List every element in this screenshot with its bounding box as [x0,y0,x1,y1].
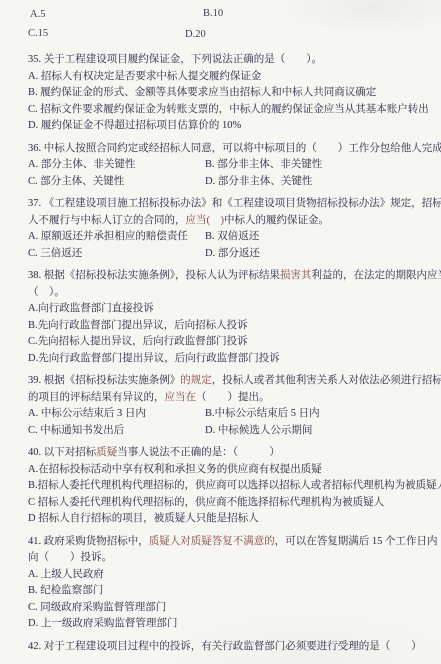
option-right: D. 部分非主体、关键性 [205,174,312,191]
question-text: 37. 《工程建设项目施工招标投标办法》和《工程建设项目货物招标投标办法》规定，… [28,198,441,209]
question-line: D. 履约保证金不得超过招标项目估算价的 10% [28,118,439,135]
question-text: ，可以在答复期满后 15 个工作日内 [275,536,438,547]
option-a5: A.5 [30,9,45,20]
question-37: 37. 《工程建设项目施工招标投标办法》和《工程建设项目货物招标投标办法》规定，… [28,196,439,262]
question-text: D. 上一级政府采购监督管理部门 [28,618,177,629]
question-42: 42. 对于工程建设项目过程中的投诉，有关行政监督部门必须要进行受理的是（ ） [28,639,439,656]
question-line: 40. 以下对招标质疑当事人说法不正确的是：（ ） [28,445,439,462]
option-right: D. 部分返还 [205,246,260,263]
question-text: 39. 根据《招标投标法实施条例》 [28,375,180,386]
question-line: C. 招标文件要求履约保证金为转账支票的，中标人的履约保证金应当从其基本账户转出 [28,102,439,119]
question-text: 当事人说法不正确的是：（ ） [117,447,280,458]
question-line: B. 履约保证金的形式、金额等具体要求应当由招标人和中标人共同商议确定 [28,85,439,102]
question-35: 35. 关于工程建设项目履约保证金，下列说法正确的是（ ）。A. 招标人有权决定… [28,52,439,135]
question-text: A. 上级人民政府 [28,569,104,580]
red-marked-text: 应当在 [165,392,197,403]
question-text: ，投标人或者其他利害关系人对依法必须进行招标 [212,375,441,386]
red-marked-text: 质疑 [96,447,117,458]
question-text: B. 双倍返还 [205,231,259,242]
question-line: C. 同级政府采购监督管理部门 [28,600,439,617]
question-text: D.先向行政监督部门提出异议，后向行政监督部门投诉 [28,353,280,364]
question-line: 的项目的评标结果有异议的，应当在（ ）提出。 [28,390,439,407]
option-left: C. 三倍返还 [28,246,205,263]
question-text: A. 招标人有权决定是否要求中标人提交履约保证金 [28,71,261,82]
question-line: 41. 政府采购货物招标中，质疑人对质疑答复不满意的，可以在答复期满后 15 个… [28,534,439,551]
question-line: B. 纪检监察部门 [28,583,439,600]
question-line: A. 部分主体、非关键性B. 部分非主体、非关键性 [28,157,439,174]
question-line: A. 上级人民政府 [28,567,439,584]
question-text: D 招标人自行招标的项目，被质疑人只能是招标人 [28,513,259,524]
option-right: B. 双倍返还 [205,229,259,246]
question-41: 41. 政府采购货物招标中，质疑人对质疑答复不满意的，可以在答复期满后 15 个… [28,534,439,633]
question-text: C. 中标通知书发出后 [28,425,124,436]
question-text: D. 部分非主体、关键性 [205,176,312,187]
question-text: B.招标人委托代理机构代理招标的，供应商可以选择以招标人或者招标代理机构为被质疑… [28,480,441,491]
question-text: B. 部分非主体、非关键性 [205,159,322,170]
question-text: C. 部分主体、关键性 [28,176,124,187]
question-text: C. 三倍返还 [28,248,82,259]
red-marked-text: 的规定 [180,375,212,386]
question-line: C. 三倍返还D. 部分返还 [28,246,439,263]
question-line: （ ）。 [28,285,439,302]
red-marked-text: 质疑人对质疑答复不满意的 [149,536,275,547]
option-right: D. 中标候选人公示期间 [205,423,312,440]
question-text: A. 原额返还并承担相应的赔偿责任 [28,231,188,242]
question-line: B.先向行政监督部门提出异议，后向招标人投诉 [28,318,439,335]
question-40: 40. 以下对招标质疑当事人说法不正确的是：（ ）A.在招标投标活动中享有权利和… [28,445,439,528]
question-line: 向（ ）投诉。 [28,550,439,567]
option-d20: D.20 [185,29,206,40]
question-line: D. 上一级政府采购监督管理部门 [28,616,439,633]
question-text: 35. 关于工程建设项目履约保证金，下列说法正确的是（ ）。 [28,54,322,65]
question-line: A.向行政监督部门直接投诉 [28,301,439,318]
question-text: C.先向招标人提出异议，后向行政监督部门投诉 [28,336,248,347]
option-right: B. 部分非主体、非关键性 [205,157,322,174]
question-39: 39. 根据《招标投标法实施条例》的规定，投标人或者其他利害关系人对依法必须进行… [28,373,439,439]
option-c15: C.15 [28,28,48,39]
question-line: A.在招标投标活动中享有权利和承担义务的供应商有权提出质疑 [28,462,439,479]
question-line: B.招标人委托代理机构代理招标的，供应商可以选择以招标人或者招标代理机构为被质疑… [28,478,439,495]
question-text: 向（ ）投诉。 [28,552,112,563]
option-left: C. 中标通知书发出后 [28,423,205,440]
question-36: 36. 中标人按照合同约定或经招标人同意，可以将中标项目的（ ）工作分包给他人完… [28,141,439,191]
option-left: A. 部分主体、非关键性 [28,157,205,174]
question-line: D 招标人自行招标的项目，被质疑人只能是招标人 [28,511,439,528]
option-right: B.中标公示结束后 5 日内 [205,406,320,423]
question-text: 40. 以下对招标 [28,447,96,458]
question-line: 37. 《工程建设项目施工招标投标办法》和《工程建设项目货物招标投标办法》规定，… [28,196,439,213]
option-left: C. 部分主体、关键性 [28,174,205,191]
question-text: A.向行政监督部门直接投诉 [28,303,154,314]
option-left: A. 中标公示结束后 3 日内 [28,406,205,423]
question-text: B.中标公示结束后 5 日内 [205,408,320,419]
question-line: C. 部分主体、关键性D. 部分非主体、关键性 [28,174,439,191]
question-text: B.先向行政监督部门提出异议，后向招标人投诉 [28,320,248,331]
previous-question-options: A.5 B.10 C.15 D.20 [0,0,441,52]
question-text: A. 部分主体、非关键性 [28,159,135,170]
question-text: 的项目的评标结果有异议的， [28,392,165,403]
question-text: A.在招标投标活动中享有权利和承担义务的供应商有权提出质疑 [28,464,322,475]
question-text: C. 同级政府采购监督管理部门 [28,602,166,613]
question-line: 36. 中标人按照合同约定或经招标人同意，可以将中标项目的（ ）工作分包给他人完… [28,141,439,158]
question-text: 42. 对于工程建设项目过程中的投诉，有关行政监督部门必须要进行受理的是（ ） [28,641,422,652]
question-text: D. 部分返还 [205,248,260,259]
question-line: 42. 对于工程建设项目过程中的投诉，有关行政监督部门必须要进行受理的是（ ） [28,639,439,656]
red-marked-text: 应当( ) [186,215,225,226]
question-text: C. 招标文件要求履约保证金为转账支票的，中标人的履约保证金应当从其基本账户转出 [28,104,429,115]
question-line: 39. 根据《招标投标法实施条例》的规定，投标人或者其他利害关系人对依法必须进行… [28,373,439,390]
red-marked-text: 损害其 [280,270,312,281]
question-text: 利益的，在法定的期限内应当 [312,270,441,281]
question-line: C. 中标通知书发出后D. 中标候选人公示期间 [28,423,439,440]
option-b10: B.10 [203,8,223,19]
question-text: （ ）。 [28,287,65,298]
question-text: 人不履行与中标人订立的合同的， [28,215,186,226]
question-text: D. 中标候选人公示期间 [205,425,312,436]
question-line: 人不履行与中标人订立的合同的，应当( )中标人的履约保证金。 [28,213,439,230]
question-text: （ ）提出。 [196,392,270,403]
question-text: A. 中标公示结束后 3 日内 [28,408,146,419]
question-text: 36. 中标人按照合同约定或经招标人同意，可以将中标项目的（ ）工作分包给他人完… [28,143,441,154]
question-text: D. 履约保证金不得超过招标项目估算价的 10% [28,120,241,131]
question-line: 35. 关于工程建设项目履约保证金，下列说法正确的是（ ）。 [28,52,439,69]
question-text: B. 履约保证金的形式、金额等具体要求应当由招标人和中标人共同商议确定 [28,87,376,98]
question-line: A. 招标人有权决定是否要求中标人提交履约保证金 [28,69,439,86]
question-line: A. 原额返还并承担相应的赔偿责任B. 双倍返还 [28,229,439,246]
question-line: C 招标人委托代理机构代理招标的，供应商不能选择招标代理机构为被质疑人 [28,495,439,512]
question-38: 38. 根据《招标投标法实施条例》，投标人认为评标结果损害其利益的，在法定的期限… [28,268,439,367]
question-text: C 招标人委托代理机构代理招标的，供应商不能选择招标代理机构为被质疑人 [28,497,384,508]
option-left: A. 原额返还并承担相应的赔偿责任 [28,229,205,246]
scanned-exam-page: A.5 B.10 C.15 D.20 35. 关于工程建设项目履约保证金，下列说… [0,0,441,664]
question-text: 41. 政府采购货物招标中， [28,536,149,547]
question-line: 38. 根据《招标投标法实施条例》，投标人认为评标结果损害其利益的，在法定的期限… [28,268,439,285]
question-text: 中标人的履约保证金。 [224,215,329,226]
question-list: 35. 关于工程建设项目履约保证金，下列说法正确的是（ ）。A. 招标人有权决定… [0,52,441,655]
question-line: A. 中标公示结束后 3 日内B.中标公示结束后 5 日内 [28,406,439,423]
question-line: D.先向行政监督部门提出异议，后向行政监督部门投诉 [28,351,439,368]
question-line: C.先向招标人提出异议，后向行政监督部门投诉 [28,334,439,351]
question-text: B. 纪检监察部门 [28,585,103,596]
question-text: 38. 根据《招标投标法实施条例》，投标人认为评标结果 [28,270,280,281]
